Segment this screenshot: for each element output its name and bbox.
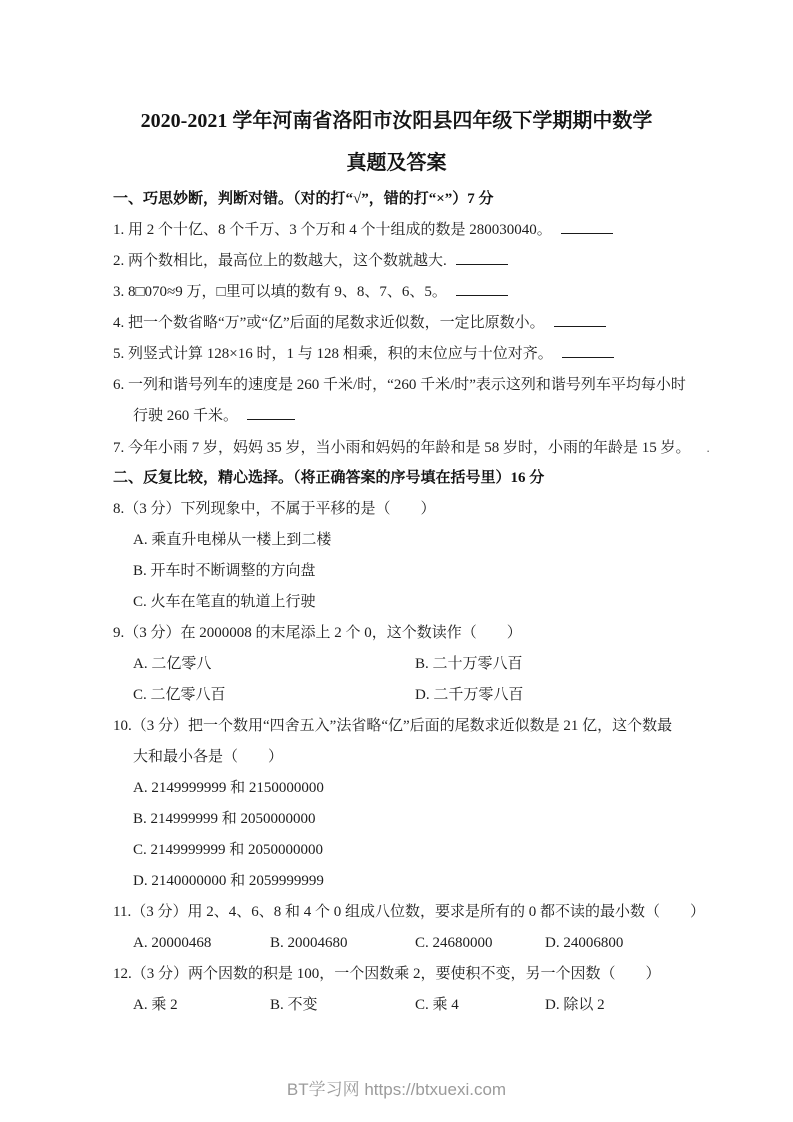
- question-2: 2. 两个数相比，最高位上的数越大，这个数就越大.: [113, 246, 680, 277]
- question-4: 4. 把一个数省略“万”或“亿”后面的尾数求近似数，一定比原数小。: [113, 308, 680, 339]
- answer-blank-2: [456, 250, 508, 265]
- section-2-header: 二、反复比较，精心选择。（将正确答案的序号填在括号里）16 分: [113, 463, 680, 494]
- question-9-options-row-2: C. 二亿零八百 D. 二千万零八百: [113, 680, 680, 711]
- question-3-text: 3. 8□070≈9 万，□里可以填的数有 9、8、7、6、5。: [113, 284, 447, 300]
- stray-mark: .: [707, 432, 710, 463]
- question-11-stem: 11.（3 分）用 2、4、6、8 和 4 个 0 组成八位数，要求是所有的 0…: [113, 897, 680, 928]
- question-6-line-2-text: 行驶 260 千米。: [133, 408, 238, 424]
- watermark-footer: BT学习网 https://btxuexi.com: [0, 1075, 793, 1100]
- question-1: 1. 用 2 个十亿、8 个千万、3 个万和 4 个十组成的数是 2800300…: [113, 215, 680, 246]
- page-title: 2020-2021 学年河南省洛阳市汝阳县四年级下学期期中数学 真题及答案: [113, 100, 680, 184]
- exam-document-page: 2020-2021 学年河南省洛阳市汝阳县四年级下学期期中数学 真题及答案 一、…: [0, 0, 793, 1122]
- question-3: 3. 8□070≈9 万，□里可以填的数有 9、8、7、6、5。: [113, 277, 680, 308]
- question-7: 7. 今年小雨 7 岁，妈妈 35 岁，当小雨和妈妈的年龄和是 58 岁时，小雨…: [113, 432, 680, 463]
- question-10-option-a: A. 2149999999 和 2150000000: [113, 773, 680, 804]
- question-9-option-d: D. 二千万零八百: [415, 680, 523, 711]
- answer-blank-3: [456, 281, 508, 296]
- question-8-option-c: C. 火车在笔直的轨道上行驶: [113, 587, 680, 618]
- question-11-option-d: D. 24006800: [545, 928, 623, 959]
- question-4-text: 4. 把一个数省略“万”或“亿”后面的尾数求近似数，一定比原数小。: [113, 315, 545, 331]
- question-10-option-d: D. 2140000000 和 2059999999: [113, 866, 680, 897]
- question-9-option-c: C. 二亿零八百: [133, 680, 226, 711]
- question-12-option-c: C. 乘 4: [415, 990, 459, 1021]
- section-1-header: 一、巧思妙断，判断对错。（对的打“√”，错的打“×”）7 分: [113, 184, 680, 215]
- question-6-line-2: 行驶 260 千米。: [113, 401, 680, 432]
- question-9-option-b: B. 二十万零八百: [415, 649, 523, 680]
- title-line-1: 2020-2021 学年河南省洛阳市汝阳县四年级下学期期中数学: [113, 100, 680, 142]
- question-12-option-b: B. 不变: [270, 990, 318, 1021]
- question-9-option-a: A. 二亿零八: [133, 649, 211, 680]
- answer-blank-1: [561, 219, 613, 234]
- question-5-text: 5. 列竖式计算 128×16 时，1 与 128 相乘，积的末位应与十位对齐。: [113, 346, 553, 362]
- title-line-2: 真题及答案: [113, 142, 680, 184]
- question-5: 5. 列竖式计算 128×16 时，1 与 128 相乘，积的末位应与十位对齐。: [113, 339, 680, 370]
- question-12-stem: 12.（3 分）两个因数的积是 100，一个因数乘 2，要使积不变，另一个因数（…: [113, 959, 680, 990]
- question-2-text: 2. 两个数相比，最高位上的数越大，这个数就越大.: [113, 253, 447, 269]
- question-7-text: 7. 今年小雨 7 岁，妈妈 35 岁，当小雨和妈妈的年龄和是 58 岁时，小雨…: [113, 440, 691, 456]
- answer-blank-4: [554, 312, 606, 327]
- question-11-option-b: B. 20004680: [270, 928, 348, 959]
- answer-blank-6: [247, 405, 295, 420]
- question-11-option-a: A. 20000468: [133, 928, 211, 959]
- question-10-option-c: C. 2149999999 和 2050000000: [113, 835, 680, 866]
- question-11-option-c: C. 24680000: [415, 928, 493, 959]
- question-8-option-a: A. 乘直升电梯从一楼上到二楼: [113, 525, 680, 556]
- question-9-stem: 9.（3 分）在 2000008 的末尾添上 2 个 0，这个数读作（ ）: [113, 618, 680, 649]
- question-10-stem-line-2: 大和最小各是（ ）: [113, 742, 680, 773]
- question-1-text: 1. 用 2 个十亿、8 个千万、3 个万和 4 个十组成的数是 2800300…: [113, 222, 552, 238]
- question-12-option-a: A. 乘 2: [133, 990, 178, 1021]
- question-10-option-b: B. 214999999 和 2050000000: [113, 804, 680, 835]
- question-9-options-row-1: A. 二亿零八 B. 二十万零八百: [113, 649, 680, 680]
- question-11-options-row: A. 20000468 B. 20004680 C. 24680000 D. 2…: [113, 928, 680, 959]
- question-12-option-d: D. 除以 2: [545, 990, 605, 1021]
- question-8-option-b: B. 开车时不断调整的方向盘: [113, 556, 680, 587]
- question-8-stem: 8.（3 分）下列现象中，不属于平移的是（ ）: [113, 494, 680, 525]
- question-12-options-row: A. 乘 2 B. 不变 C. 乘 4 D. 除以 2: [113, 990, 680, 1021]
- exam-content: 2020-2021 学年河南省洛阳市汝阳县四年级下学期期中数学 真题及答案 一、…: [113, 0, 680, 1021]
- question-10-stem-line-1: 10.（3 分）把一个数用“四舍五入”法省略“亿”后面的尾数求近似数是 21 亿…: [113, 711, 680, 742]
- question-6-line-1: 6. 一列和谐号列车的速度是 260 千米/时，“260 千米/时”表示这列和谐…: [113, 370, 680, 401]
- answer-blank-5: [562, 343, 614, 358]
